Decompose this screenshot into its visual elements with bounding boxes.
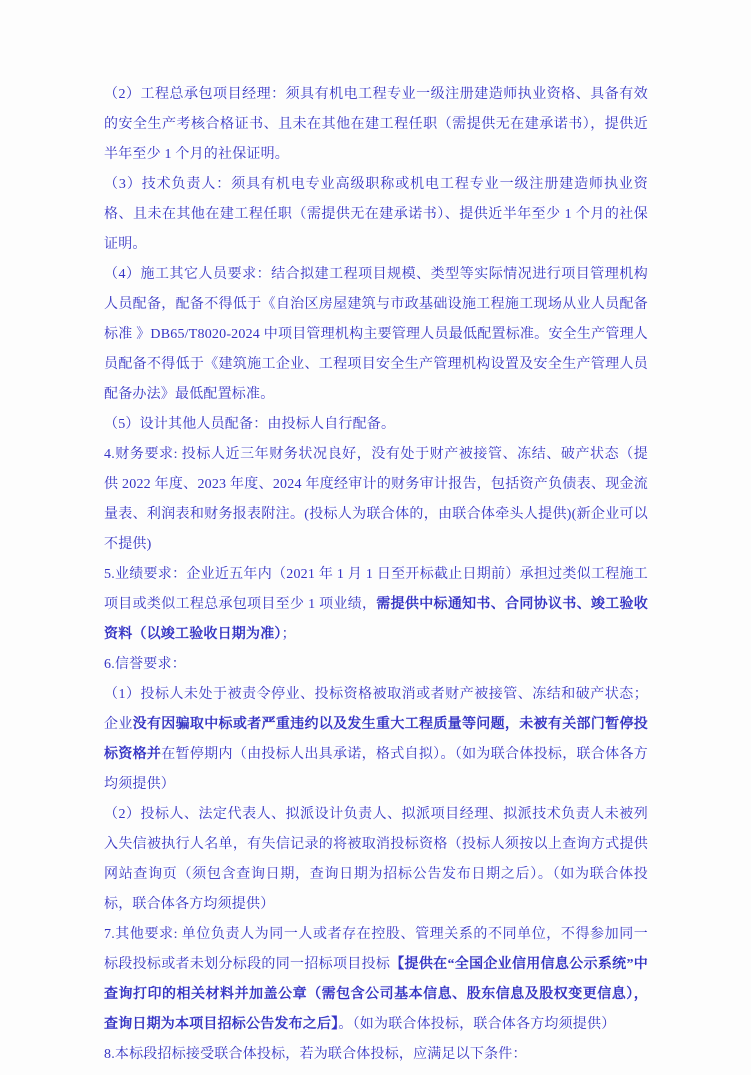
text-run: （5）设计其他人员配备：由投标人自行配备。: [104, 417, 395, 432]
paragraph-item-4-other-construction-staff: （4）施工其它人员要求：结合拟建工程项目规模、类型等实际情况进行项目管理机构人员…: [104, 260, 648, 410]
text-run: 6.信誉要求：: [104, 657, 186, 672]
paragraph-section-6-item-1: （1）投标人未处于被责令停业、投标资格被取消或者财产被接管、冻结和破产状态；企业…: [104, 680, 648, 800]
text-run: 。（如为联合体投标，联合体各方均须提供）: [338, 1017, 615, 1032]
text-run: （2）投标人、法定代表人、拟派设计负责人、拟派项目经理、拟派技术负责人未被列入失…: [104, 807, 648, 912]
paragraph-item-3-technical-director: （3）技术负责人：须具有机电专业高级职称或机电工程专业一级注册建造师执业资格、且…: [104, 170, 648, 260]
paragraph-section-5-performance-requirements: 5.业绩要求：企业近五年内（2021 年 1 月 1 日至开标截止日期前）承担过…: [104, 560, 648, 650]
text-run: （2）工程总承包项目经理：须具有机电工程专业一级注册建造师执业资格、具备有效的安…: [104, 87, 648, 162]
paragraph-section-6-item-2: （2）投标人、法定代表人、拟派设计负责人、拟派项目经理、拟派技术负责人未被列入失…: [104, 800, 648, 920]
paragraph-section-6-credit-requirements: 6.信誉要求：: [104, 650, 648, 680]
text-run: 4.财务要求: 投标人近三年财务状况良好，没有处于财产被接管、冻结、破产状态（提…: [104, 447, 648, 552]
paragraph-section-7-other-requirements: 7.其他要求: 单位负责人为同一人或者存在控股、管理关系的不同单位，不得参加同一…: [104, 920, 648, 1040]
paragraph-item-2-project-manager: （2）工程总承包项目经理：须具有机电工程专业一级注册建造师执业资格、具备有效的安…: [104, 80, 648, 170]
text-run: 8.本标段招标接受联合体投标，若为联合体投标，应满足以下条件：: [104, 1047, 527, 1062]
text-run: ；: [282, 627, 296, 642]
paragraph-section-8-consortium-bidding: 8.本标段招标接受联合体投标，若为联合体投标，应满足以下条件：: [104, 1040, 648, 1070]
text-run: （3）技术负责人：须具有机电专业高级职称或机电工程专业一级注册建造师执业资格、且…: [104, 177, 648, 252]
document-page: （2）工程总承包项目经理：须具有机电工程专业一级注册建造师执业资格、具备有效的安…: [0, 0, 751, 1075]
paragraph-section-4-financial-requirements: 4.财务要求: 投标人近三年财务状况良好，没有处于财产被接管、冻结、破产状态（提…: [104, 440, 648, 560]
text-run: 在暂停期内（由投标人出具承诺，格式自拟）。（如为联合体投标，联合体各方均须提供）: [104, 747, 648, 792]
paragraph-item-5-design-staff: （5）设计其他人员配备：由投标人自行配备。: [104, 410, 648, 440]
text-run: （4）施工其它人员要求：结合拟建工程项目规模、类型等实际情况进行项目管理机构人员…: [104, 267, 648, 402]
document-text-block: （2）工程总承包项目经理：须具有机电工程专业一级注册建造师执业资格、具备有效的安…: [104, 80, 648, 1070]
